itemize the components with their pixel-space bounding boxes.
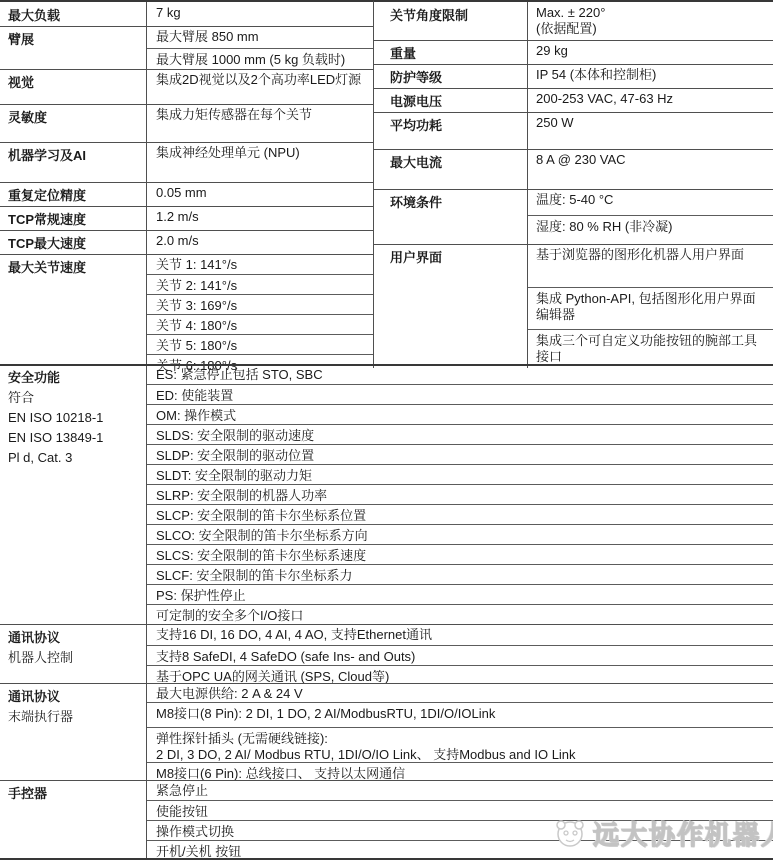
row-label: 手控器 (0, 780, 147, 860)
row-label: 最大关节速度 (0, 254, 147, 373)
row-value: IP 54 (本体和控制柜) (528, 64, 773, 85)
spec-row: 重量29 kg (374, 40, 773, 64)
row-values: 7 kg (147, 2, 373, 26)
row-value: 2.0 m/s (147, 230, 373, 249)
row-value: 最大臂展 850 mm (147, 26, 373, 48)
row-value: 200-253 VAC, 47-63 Hz (528, 88, 773, 108)
row-value: 集成力矩传感器在每个关节 (147, 104, 373, 142)
row-value: Max. ± 220° (依据配置) (528, 2, 773, 40)
row-values: 支持16 DI, 16 DO, 4 AI, 4 AO, 支持Ethernet通讯… (147, 624, 773, 683)
row-label: 重复定位精度 (0, 182, 147, 206)
spec-row: 重复定位精度0.05 mm (0, 182, 373, 206)
row-label-title: 手控器 (8, 784, 140, 804)
row-label-title: 视觉 (8, 73, 140, 93)
spec-row: 臂展最大臂展 850 mm最大臂展 1000 mm (5 kg 负载时) (0, 26, 373, 69)
row-value: 关节 4: 180°/s (147, 314, 373, 334)
row-value: 弹性探针插头 (无需硬线链接): 2 DI, 3 DO, 2 AI/ Modbu… (147, 727, 773, 762)
row-value: ES: 紧急停止包括 STO, SBC (147, 364, 773, 384)
row-label-title: TCP最大速度 (8, 234, 140, 254)
row-label-subline: Pl d, Cat. 3 (8, 448, 140, 468)
spec-row: 防护等级IP 54 (本体和控制柜) (374, 64, 773, 88)
row-values: 最大电源供给: 2 A & 24 VM8接口(8 Pin): 2 DI, 1 D… (147, 683, 773, 780)
row-values: 0.05 mm (147, 182, 373, 206)
row-value: M8接口(6 Pin): 总线接口、 支持以太网通信 (147, 762, 773, 780)
row-label-subline: 机器人控制 (8, 648, 140, 668)
spec-row: 视觉集成2D视觉以及2个高功率LED灯源 (0, 69, 373, 104)
row-label: 最大负载 (0, 2, 147, 26)
row-value: ED: 使能装置 (147, 384, 773, 404)
row-label: 视觉 (0, 69, 147, 104)
row-value: 温度: 5-40 °C (528, 189, 773, 215)
row-value: SLRP: 安全限制的机器人功率 (147, 484, 773, 504)
row-label-title: TCP常规速度 (8, 210, 140, 230)
row-value: 湿度: 80 % RH (非冷凝) (528, 215, 773, 244)
row-values: 250 W (528, 112, 773, 149)
row-value: 支持16 DI, 16 DO, 4 AI, 4 AO, 支持Ethernet通讯 (147, 624, 773, 645)
row-label-title: 机器学习及AI (8, 146, 140, 166)
row-label-title: 灵敏度 (8, 108, 140, 128)
row-values: ES: 紧急停止包括 STO, SBCED: 使能装置OM: 操作模式SLDS:… (147, 364, 773, 624)
row-label-title: 安全功能 (8, 368, 140, 388)
row-label-subline: 符合 (8, 388, 140, 408)
row-value: 基于浏览器的图形化机器人用户界面 (528, 244, 773, 287)
row-label-title: 最大负载 (8, 6, 140, 26)
row-value: 250 W (528, 112, 773, 149)
row-value: SLCP: 安全限制的笛卡尔坐标系位置 (147, 504, 773, 524)
row-label: 通讯协议末端执行器 (0, 683, 147, 780)
row-value: SLCS: 安全限制的笛卡尔坐标系速度 (147, 544, 773, 564)
row-label: 最大电流 (374, 149, 528, 189)
row-values: 1.2 m/s (147, 206, 373, 230)
row-value: 集成 Python-API, 包括图形化用户界面编辑器 (528, 287, 773, 329)
row-value: SLCF: 安全限制的笛卡尔坐标系力 (147, 564, 773, 584)
row-values: 集成2D视觉以及2个高功率LED灯源 (147, 69, 373, 104)
row-value: 关节 3: 169°/s (147, 294, 373, 314)
spec-row: 电源电压200-253 VAC, 47-63 Hz (374, 88, 773, 112)
row-values: 紧急停止使能按钮操作模式切换开机/关机 按钮 (147, 780, 773, 860)
row-label: 通讯协议机器人控制 (0, 624, 147, 683)
row-label-title: 最大关节速度 (8, 258, 140, 278)
row-value: 使能按钮 (147, 800, 773, 820)
row-label: 灵敏度 (0, 104, 147, 142)
row-label: 关节角度限制 (374, 2, 528, 40)
row-label-title: 防护等级 (390, 68, 521, 88)
spec-row: 灵敏度集成力矩传感器在每个关节 (0, 104, 373, 142)
row-value: SLDS: 安全限制的驱动速度 (147, 424, 773, 444)
row-value: PS: 保护性停止 (147, 584, 773, 604)
row-label: 用户界面 (374, 244, 528, 368)
row-label-title: 用户界面 (390, 248, 521, 268)
row-value: 紧急停止 (147, 780, 773, 800)
row-values: 基于浏览器的图形化机器人用户界面集成 Python-API, 包括图形化用户界面… (528, 244, 773, 368)
row-label-title: 通讯协议 (8, 687, 140, 707)
spec-row: 用户界面基于浏览器的图形化机器人用户界面集成 Python-API, 包括图形化… (374, 244, 773, 368)
row-value: M8接口(8 Pin): 2 DI, 1 DO, 2 AI/ModbusRTU,… (147, 702, 773, 727)
spec-row: TCP常规速度1.2 m/s (0, 206, 373, 230)
row-values: 集成力矩传感器在每个关节 (147, 104, 373, 142)
row-values: 集成神经处理单元 (NPU) (147, 142, 373, 182)
row-value: 集成神经处理单元 (NPU) (147, 142, 373, 182)
row-value: 支持8 SafeDI, 4 SafeDO (safe Ins- and Outs… (147, 645, 773, 665)
row-value: SLDT: 安全限制的驱动力矩 (147, 464, 773, 484)
spec-row: 关节角度限制Max. ± 220° (依据配置) (374, 2, 773, 40)
row-label-title: 平均功耗 (390, 116, 521, 136)
row-label: 防护等级 (374, 64, 528, 88)
row-values: 200-253 VAC, 47-63 Hz (528, 88, 773, 112)
row-value: 8 A @ 230 VAC (528, 149, 773, 189)
spec-row: 最大负载7 kg (0, 2, 373, 26)
row-value: 开机/关机 按钮 (147, 840, 773, 860)
row-label-subline: EN ISO 13849-1 (8, 428, 140, 448)
row-label: 电源电压 (374, 88, 528, 112)
spec-row: 最大关节速度关节 1: 141°/s关节 2: 141°/s关节 3: 169°… (0, 254, 373, 373)
row-label: 机器学习及AI (0, 142, 147, 182)
row-label: 臂展 (0, 26, 147, 69)
row-label-title: 重量 (390, 44, 521, 64)
row-label-title: 重复定位精度 (8, 186, 140, 206)
row-label-title: 关节角度限制 (390, 6, 521, 26)
row-label: 平均功耗 (374, 112, 528, 149)
row-value: OM: 操作模式 (147, 404, 773, 424)
row-value: 7 kg (147, 2, 373, 23)
row-values: 29 kg (528, 40, 773, 64)
row-value: SLDP: 安全限制的驱动位置 (147, 444, 773, 464)
row-value: 1.2 m/s (147, 206, 373, 225)
row-value: 可定制的安全多个I/O接口 (147, 604, 773, 624)
row-label-title: 最大电流 (390, 153, 521, 173)
row-value: 最大臂展 1000 mm (5 kg 负载时) (147, 48, 373, 69)
row-value: 关节 5: 180°/s (147, 334, 373, 354)
row-value: 关节 1: 141°/s (147, 254, 373, 274)
row-values: 温度: 5-40 °C湿度: 80 % RH (非冷凝) (528, 189, 773, 244)
row-value: SLCO: 安全限制的笛卡尔坐标系方向 (147, 524, 773, 544)
spec-row: 安全功能符合EN ISO 10218-1EN ISO 13849-1Pl d, … (0, 364, 773, 624)
row-value: 集成2D视觉以及2个高功率LED灯源 (147, 69, 373, 104)
row-label: 环境条件 (374, 189, 528, 244)
row-label-subline: EN ISO 10218-1 (8, 408, 140, 428)
row-label: 安全功能符合EN ISO 10218-1EN ISO 13849-1Pl d, … (0, 364, 147, 624)
spec-row: TCP最大速度2.0 m/s (0, 230, 373, 254)
row-value: 关节 2: 141°/s (147, 274, 373, 294)
row-label-title: 环境条件 (390, 193, 521, 213)
spec-sheet-page: 最大负载7 kg臂展最大臂展 850 mm最大臂展 1000 mm (5 kg … (0, 0, 773, 865)
row-values: 最大臂展 850 mm最大臂展 1000 mm (5 kg 负载时) (147, 26, 373, 69)
row-label: TCP最大速度 (0, 230, 147, 254)
row-value: 29 kg (528, 40, 773, 61)
spec-row: 平均功耗250 W (374, 112, 773, 149)
row-value: 操作模式切换 (147, 820, 773, 840)
spec-table-top-left: 最大负载7 kg臂展最大臂展 850 mm最大臂展 1000 mm (5 kg … (0, 0, 373, 373)
row-value: 集成三个可自定义功能按钮的腕部工具接口 (528, 329, 773, 368)
row-values: 8 A @ 230 VAC (528, 149, 773, 189)
row-values: IP 54 (本体和控制柜) (528, 64, 773, 88)
row-value: 0.05 mm (147, 182, 373, 204)
spec-row: 通讯协议末端执行器最大电源供给: 2 A & 24 VM8接口(8 Pin): … (0, 683, 773, 780)
row-value: 最大电源供给: 2 A & 24 V (147, 683, 773, 702)
row-label-title: 通讯协议 (8, 628, 140, 648)
spec-row: 最大电流8 A @ 230 VAC (374, 149, 773, 189)
row-values: Max. ± 220° (依据配置) (528, 2, 773, 40)
spec-row: 机器学习及AI集成神经处理单元 (NPU) (0, 142, 373, 182)
row-label-subline: 末端执行器 (8, 707, 140, 727)
row-label-title: 电源电压 (390, 92, 521, 112)
row-values: 关节 1: 141°/s关节 2: 141°/s关节 3: 169°/s关节 4… (147, 254, 373, 373)
spec-row: 通讯协议机器人控制支持16 DI, 16 DO, 4 AI, 4 AO, 支持E… (0, 624, 773, 683)
row-value: 基于OPC UA的网关通讯 (SPS, Cloud等) (147, 665, 773, 683)
spec-table-top-right: 关节角度限制Max. ± 220° (依据配置)重量29 kg防护等级IP 54… (373, 0, 773, 368)
row-label: TCP常规速度 (0, 206, 147, 230)
spec-row: 手控器紧急停止使能按钮操作模式切换开机/关机 按钮 (0, 780, 773, 860)
row-label: 重量 (374, 40, 528, 64)
spec-table-bottom: 安全功能符合EN ISO 10218-1EN ISO 13849-1Pl d, … (0, 364, 773, 860)
spec-row: 环境条件温度: 5-40 °C湿度: 80 % RH (非冷凝) (374, 189, 773, 244)
row-values: 2.0 m/s (147, 230, 373, 254)
row-label-title: 臂展 (8, 30, 140, 50)
